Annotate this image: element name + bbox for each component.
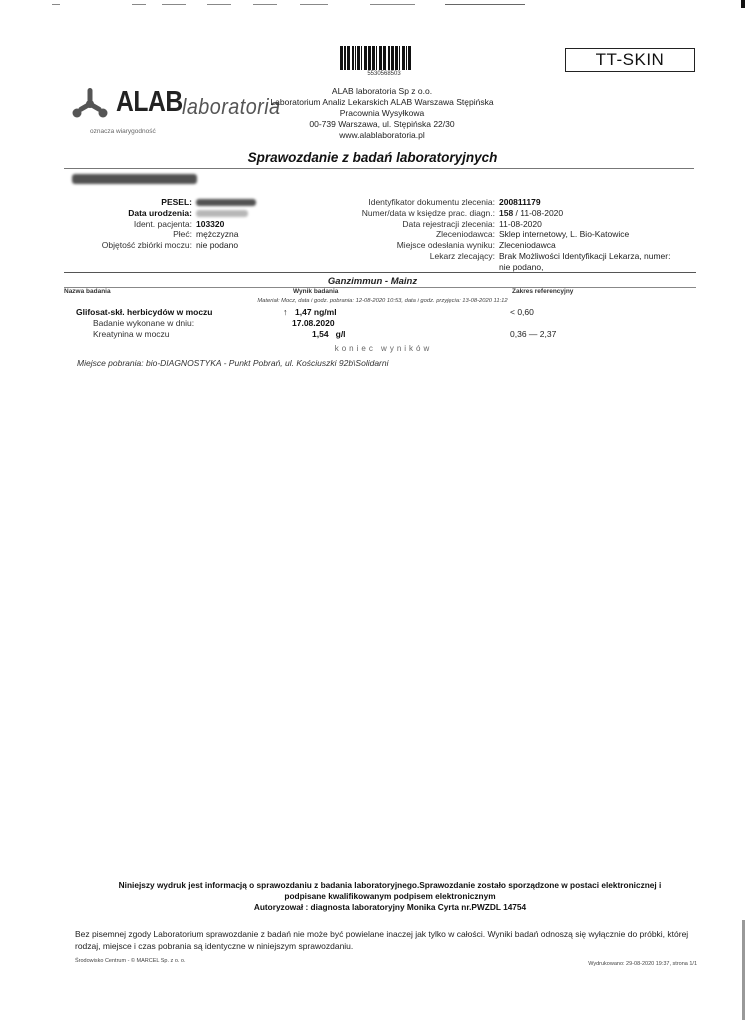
patient-field-value-redacted (196, 208, 310, 219)
order-field-value: Sklep internetowy, L. Bio-Katowice (499, 229, 710, 240)
lab-company: ALAB laboratoria Sp z o.o. (262, 86, 502, 97)
signature-line-1: Niniejszy wydruk jest informacją o spraw… (70, 880, 710, 891)
signature-statement: Niniejszy wydruk jest informacją o spraw… (70, 880, 710, 913)
patient-field-value: 103320 (196, 219, 310, 230)
lab-website: www.alablaboratoria.pl (262, 130, 502, 141)
result-high-flag-icon: ↑ (283, 307, 288, 317)
results-header-divider (64, 287, 696, 288)
patient-field-label: Ident. pacjenta: (60, 219, 196, 230)
result-test-name: Badanie wykonane w dniu: (93, 318, 194, 328)
lab-street: 00-739 Warszawa, ul. Stępińska 22/30 (262, 119, 502, 130)
logo-brand-text: ALAB (116, 86, 183, 119)
order-field-label: Identyfikator dokumentu zlecenia: (330, 197, 499, 208)
patient-field-label: Data urodzenia: (60, 208, 196, 219)
result-value: 1,54 g/l (312, 329, 346, 339)
order-info: Identyfikator dokumentu zlecenia:2008111… (330, 197, 710, 273)
performing-lab-name: Ganzimmun - Mainz (0, 276, 745, 287)
logo-tagline: oznacza wiarygodność (90, 128, 156, 135)
order-field-value: 158 / 11-08-2020 (499, 208, 710, 219)
alab-logo-mark-icon (72, 86, 108, 120)
patient-field-value-redacted (196, 197, 310, 208)
lab-department: Pracownia Wysyłkowa (262, 108, 502, 119)
patient-field-row: Ident. pacjenta:103320 (60, 219, 310, 230)
patient-field-row: Data urodzenia: (60, 208, 310, 219)
order-field-value-line2: nie podano, (499, 262, 710, 273)
result-reference-range: 0,36 — 2,37 (510, 329, 556, 339)
scan-artifact-top-edge (0, 4, 745, 8)
order-field-row: Identyfikator dokumentu zlecenia:2008111… (330, 197, 710, 208)
order-field-value: Zleceniodawca (499, 240, 710, 251)
patient-field-value: mężczyzna (196, 229, 310, 240)
patient-info: PESEL:Data urodzenia:Ident. pacjenta:103… (60, 197, 310, 251)
patient-field-value: nie podano (196, 240, 310, 251)
copy-disclaimer: Bez pisemnej zgody Laboratorium sprawozd… (75, 929, 700, 952)
order-field-label: Zleceniodawca: (330, 229, 499, 240)
end-of-results-marker: koniec wyników (0, 344, 745, 353)
barcode-number: 5530568503 (340, 71, 428, 77)
collection-place: Miejsce pobrania: bio-DIAGNOSTYKA - Punk… (77, 358, 389, 368)
print-timestamp: Wydrukowano: 29-08-2020 19:37, strona 1/… (588, 961, 697, 967)
order-field-value: 200811179 (499, 197, 710, 208)
document-code-box: TT-SKIN (565, 48, 695, 72)
order-field-row: Miejsce odesłania wyniku:Zleceniodawca (330, 240, 710, 251)
patient-field-label: Objętość zbiórki moczu: (60, 240, 196, 251)
column-header-name: Nazwa badania (64, 288, 111, 295)
result-value: 1,47 ng/ml (295, 307, 337, 317)
column-header-result: Wynik badania (293, 288, 338, 295)
order-field-row: Lekarz zlecający:Brak Możliwości Identyf… (330, 251, 710, 273)
title-divider (64, 168, 694, 169)
authorized-by: Autoryzował : diagnosta laboratoryjny Mo… (70, 902, 710, 913)
software-credit: Środowisko Centrum - © MARCEL Sp. z o. o… (75, 958, 186, 964)
order-field-value-rest: / 11-08-2020 (513, 208, 563, 218)
result-value: 17.08.2020 (292, 318, 335, 328)
scan-artifact-corner (741, 0, 745, 8)
order-field-row: Data rejestracji zlecenia:11-08-2020 (330, 219, 710, 230)
result-test-name: Glifosat-skł. herbicydów w moczu (76, 307, 213, 317)
order-field-value-line1: Brak Możliwości Identyfikacji Lekarza, n… (499, 251, 710, 262)
result-reference-range: < 0,60 (510, 307, 534, 317)
order-field-label: Data rejestracji zlecenia: (330, 219, 499, 230)
order-field-label: Numer/data w księdze prac. diagn.: (330, 208, 499, 219)
barcode (340, 46, 428, 70)
order-field-label: Miejsce odesłania wyniku: (330, 240, 499, 251)
patient-field-label: PESEL: (60, 197, 196, 208)
report-title: Sprawozdanie z badań laboratoryjnych (0, 150, 745, 165)
signature-line-2: podpisane kwalifikowanym podpisem elektr… (70, 891, 710, 902)
patient-field-row: Płeć:mężczyzna (60, 229, 310, 240)
lab-full-name: Laboratorium Analiz Lekarskich ALAB Wars… (262, 97, 502, 108)
result-test-name: Kreatynina w moczu (93, 329, 170, 339)
patient-field-row: PESEL: (60, 197, 310, 208)
patient-name-redacted (72, 174, 197, 184)
order-field-value: Brak Możliwości Identyfikacji Lekarza, n… (499, 251, 710, 273)
order-field-value-bold: 158 (499, 208, 513, 218)
results-top-divider (64, 272, 696, 273)
order-field-label: Lekarz zlecający: (330, 251, 499, 273)
material-note: Materiał: Mocz, data i godz. pobrania: 1… (0, 298, 745, 304)
patient-field-row: Objętość zbiórki moczu:nie podano (60, 240, 310, 251)
order-field-value: 11-08-2020 (499, 219, 710, 230)
order-field-row: Numer/data w księdze prac. diagn.:158 / … (330, 208, 710, 219)
order-field-row: Zleceniodawca:Sklep internetowy, L. Bio-… (330, 229, 710, 240)
column-header-reference: Zakres referencyjny (512, 288, 573, 295)
lab-address-block: ALAB laboratoria Sp z o.o. Laboratorium … (262, 86, 502, 141)
patient-field-label: Płeć: (60, 229, 196, 240)
